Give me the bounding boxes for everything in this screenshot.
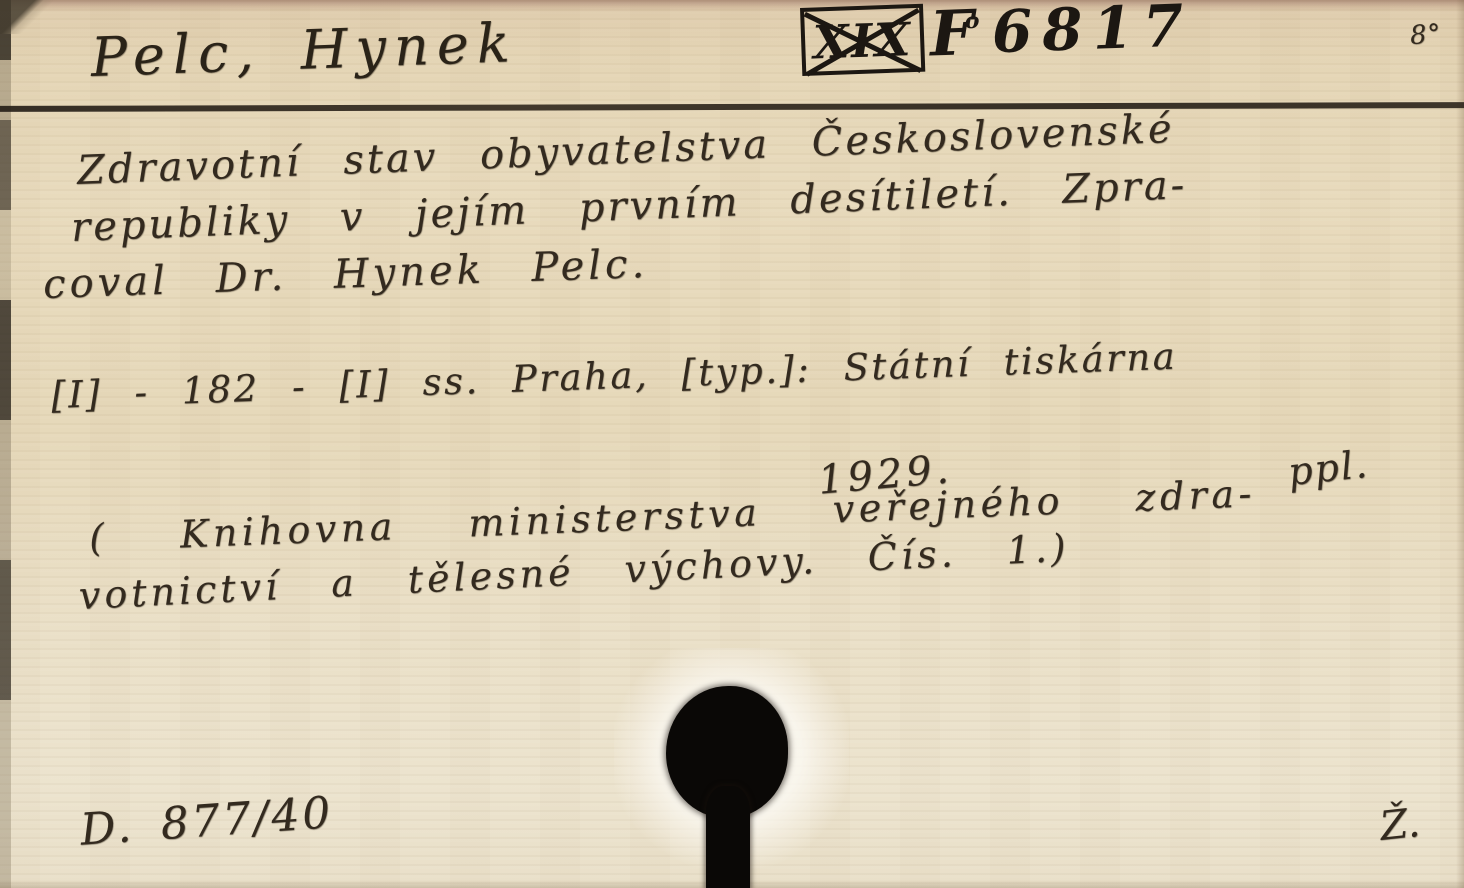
scan-edge-left (0, 0, 11, 888)
binding-note: ppl. (1286, 442, 1371, 494)
call-number: XIX F o 6817 (800, 0, 1195, 76)
catalog-card: Pelc, Hynek XIX F o 6817 8° Zdravotní st… (0, 0, 1464, 888)
punch-hole-slot (706, 786, 750, 888)
call-number-letter: F o (929, 2, 975, 65)
format-size-mark: 8° (1409, 19, 1443, 51)
accession-number: D. 877/40 (79, 787, 335, 856)
crossed-out-class-mark: XIX (800, 4, 925, 76)
ruled-line (0, 102, 1464, 112)
title-line-3: coval Dr. Hynek Pelc. (42, 241, 648, 308)
clipped-corner (0, 0, 58, 34)
scan-edge-right (1456, 0, 1464, 888)
call-letter-superscript: o (964, 0, 981, 52)
scan-edge-top (0, 0, 1464, 12)
call-number-digits: 6817 (991, 0, 1194, 63)
cataloguer-initial: Ž. (1378, 800, 1422, 850)
collation-imprint-line: [I] - 182 - [I] ss. Praha, [typ.]: Státn… (50, 335, 1177, 417)
author-heading: Pelc, Hynek (90, 11, 519, 89)
